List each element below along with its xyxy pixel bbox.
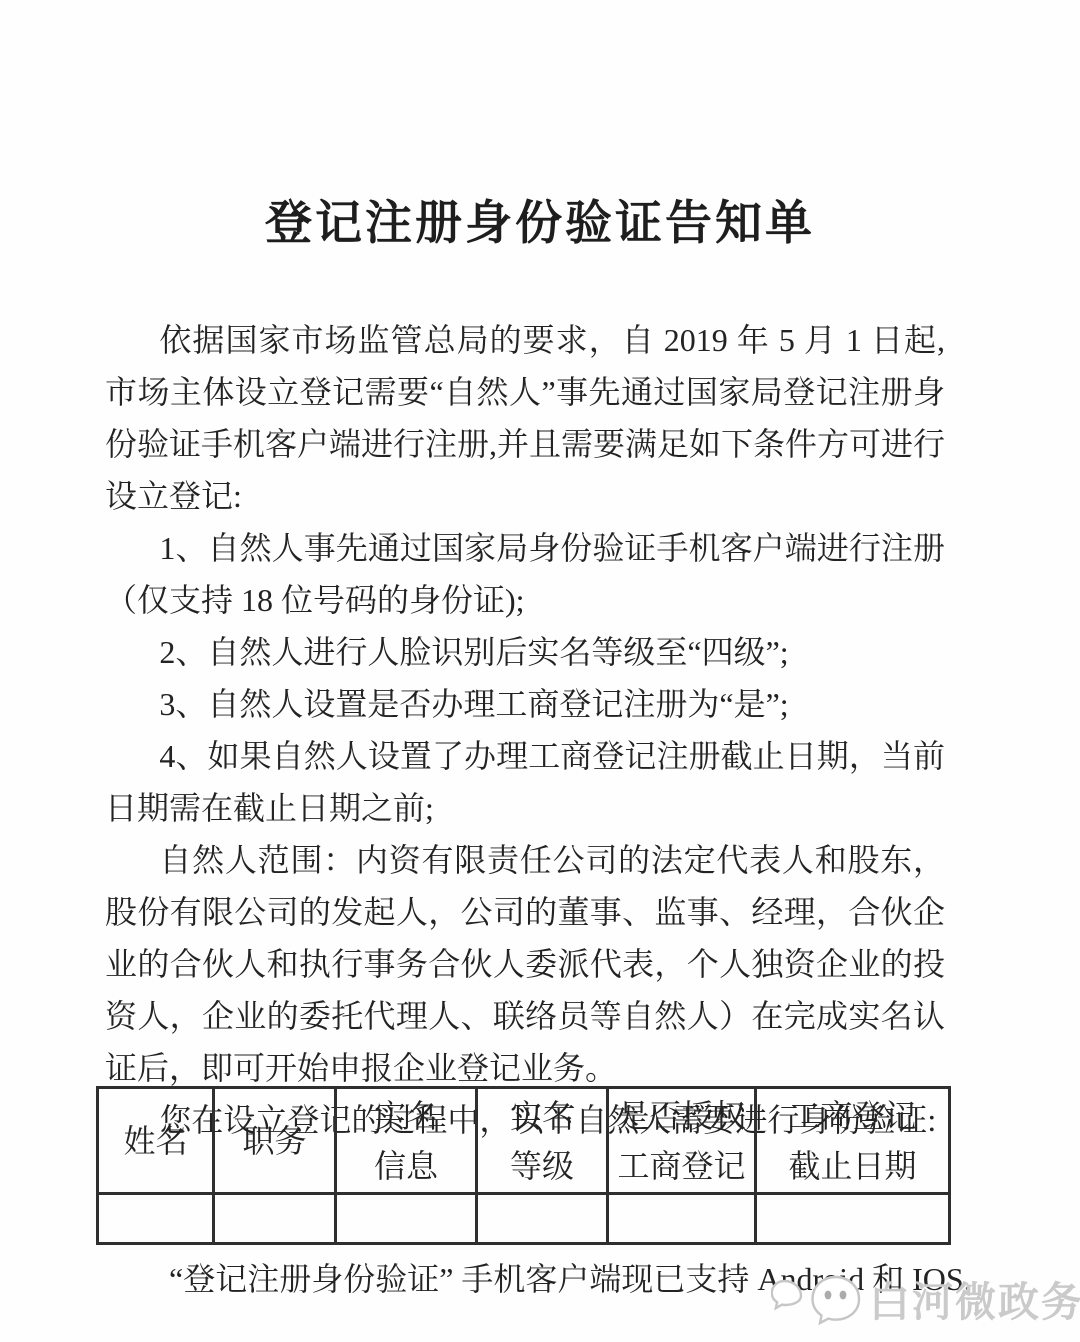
intro-paragraph: 依据国家市场监管总局的要求，自 2019 年 5 月 1 日起,市场主体设立登记… — [105, 314, 945, 522]
document-body: 依据国家市场监管总局的要求，自 2019 年 5 月 1 日起,市场主体设立登记… — [105, 314, 945, 1146]
table-header-row: 姓名 职务 实名 信息 实名 等级 是否授权 工商登记 工商登记 截止日期 — [98, 1088, 950, 1194]
header-realname-level: 实名 等级 — [477, 1088, 608, 1194]
condition-item-4: 4、如果自然人设置了办理工商登记注册截止日期，当前日期需在截止日期之前; — [105, 730, 945, 834]
identity-verification-table: 姓名 职务 实名 信息 实名 等级 是否授权 工商登记 工商登记 截止日期 — [96, 1086, 951, 1245]
table-cell-authorize — [608, 1194, 756, 1244]
condition-item-1: 1、自然人事先通过国家局身份验证手机客户端进行注册（仅支持 18 位号码的身份证… — [105, 522, 945, 626]
condition-item-3: 3、自然人设置是否办理工商登记注册为“是”; — [105, 678, 945, 730]
table-cell-name — [98, 1194, 214, 1244]
table-empty-row — [98, 1194, 950, 1244]
header-position: 职务 — [214, 1088, 336, 1194]
header-realname-info: 实名 信息 — [336, 1088, 477, 1194]
table-cell-position — [214, 1194, 336, 1244]
footer-note: “登记注册身份验证” 手机客户端现已支持 Android 和 IOS. — [105, 1254, 975, 1304]
table-cell-realname-info — [336, 1194, 477, 1244]
condition-item-2: 2、自然人进行人脸识别后实名等级至“四级”; — [105, 626, 945, 678]
scanned-document-page: 登记注册身份验证告知单 依据国家市场监管总局的要求，自 2019 年 5 月 1… — [0, 0, 1080, 1342]
header-name: 姓名 — [98, 1088, 214, 1194]
table-cell-deadline — [756, 1194, 950, 1244]
table-cell-realname-level — [477, 1194, 608, 1244]
page-title: 登记注册身份验证告知单 — [0, 186, 1080, 253]
header-authorize-registration: 是否授权 工商登记 — [608, 1088, 756, 1194]
header-registration-deadline: 工商登记 截止日期 — [756, 1088, 950, 1194]
scope-paragraph: 自然人范围：内资有限责任公司的法定代表人和股东，股份有限公司的发起人，公司的董事… — [105, 834, 945, 1094]
